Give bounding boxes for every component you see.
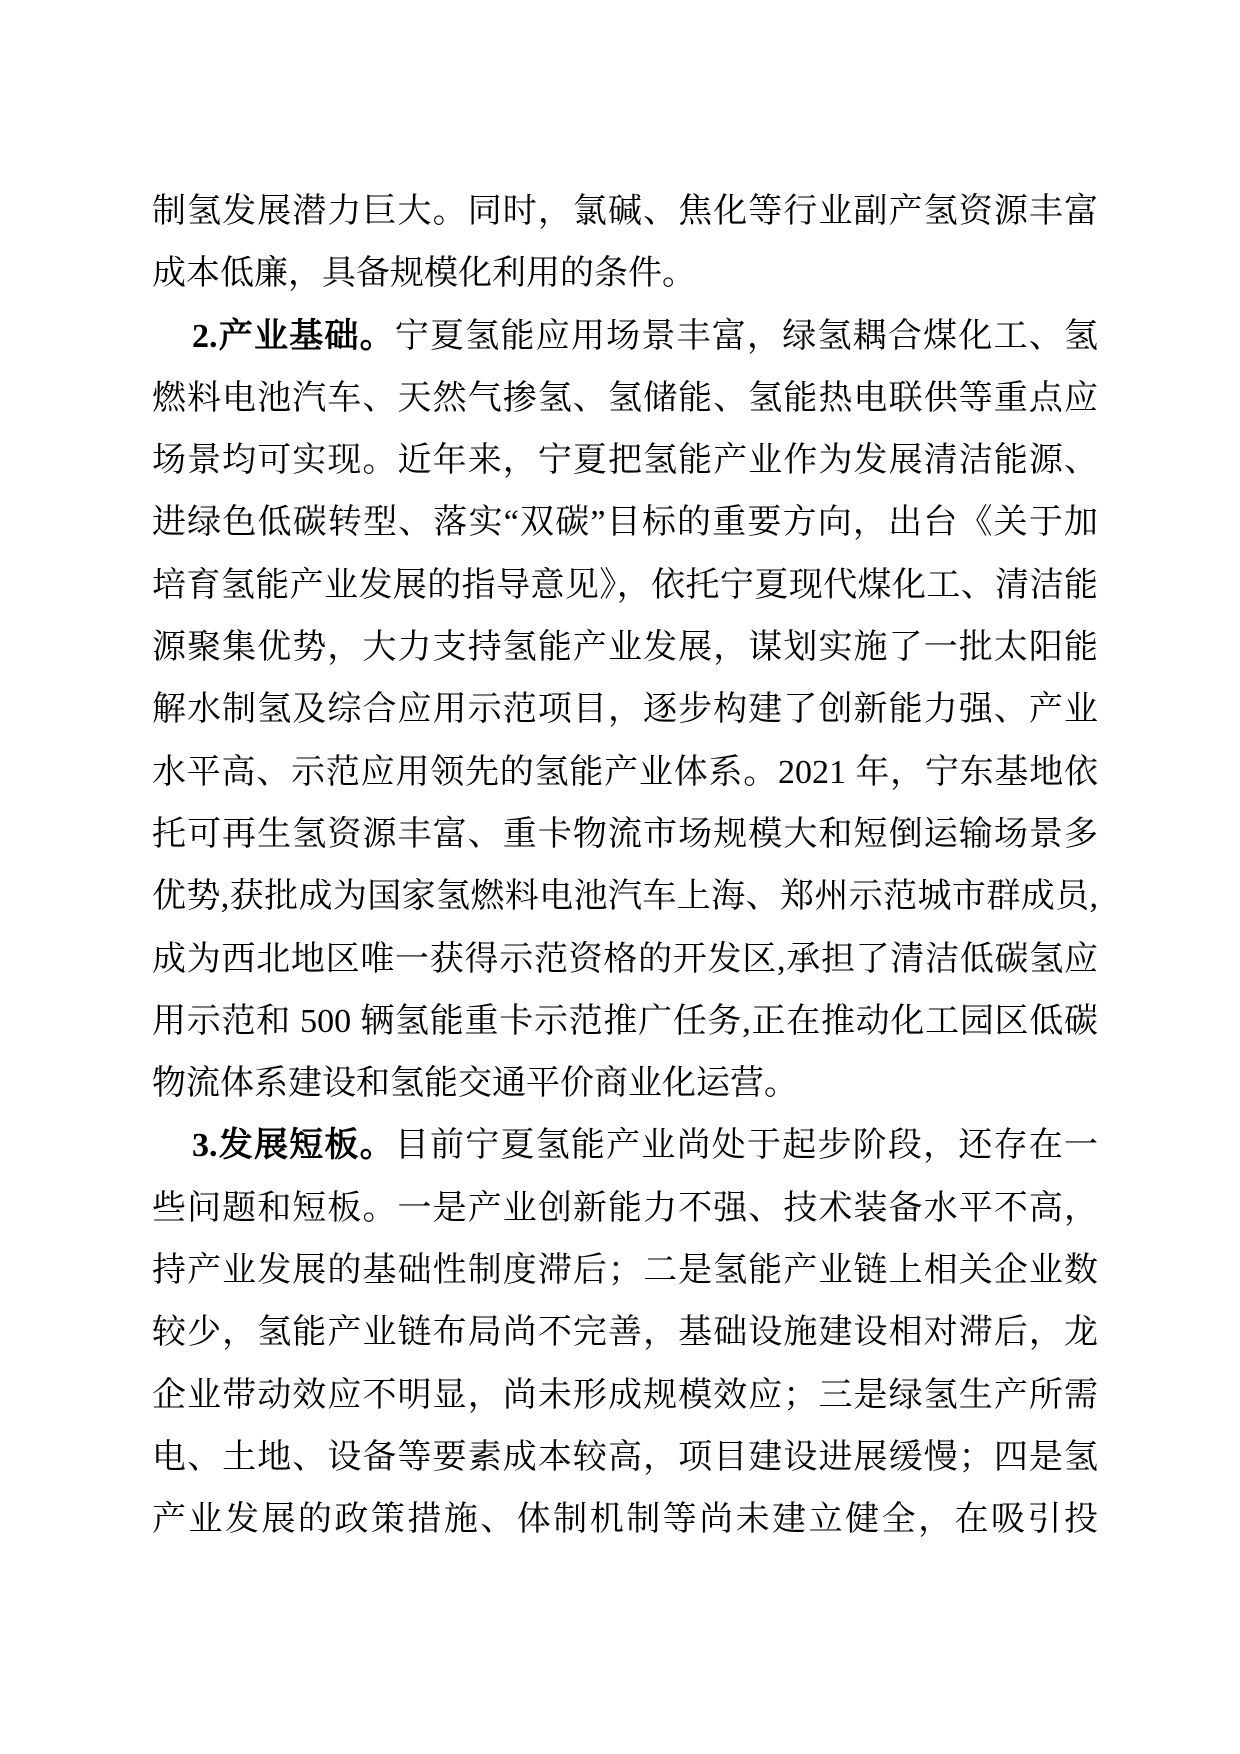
body-text-run: 托可再生氢资源丰富、重卡物流市场规模大和短倒运输场景多等 xyxy=(152,816,1098,866)
text-line: 进绿色低碳转型、落实“双碳”目标的重要方向，出台《关于加快 xyxy=(152,492,1098,554)
text-line: 电、土地、设备等要素成本较高，项目建设进展缓慢；四是氢能 xyxy=(152,1427,1098,1489)
text-line: 成为西北地区唯一获得示范资格的开发区,承担了清洁低碳氢应 xyxy=(152,929,1098,991)
text-line: 制氢发展潜力巨大。同时，氯碱、焦化等行业副产氢资源丰富且 xyxy=(152,181,1098,243)
text-line: 较少，氢能产业链布局尚不完善，基础设施建设相对滞后，龙头 xyxy=(152,1302,1098,1364)
para-hydrogen-byproduct-continuation: 制氢发展潜力巨大。同时，氯碱、焦化等行业副产氢资源丰富且成本低廉，具备规模化利用… xyxy=(152,181,1098,306)
text-line: 些问题和短板。一是产业创新能力不强、技术装备水平不高，支 xyxy=(152,1178,1098,1240)
body-text-run: 进绿色低碳转型、落实“双碳”目标的重要方向，出台《关于加快 xyxy=(152,504,1098,554)
body-text-run: 产业发展的政策措施、体制机制等尚未建立健全，在吸引投资、 xyxy=(152,1501,1098,1551)
text-line: 解水制氢及综合应用示范项目，逐步构建了创新能力强、产业化 xyxy=(152,679,1098,741)
body-text-run: 电、土地、设备等要素成本较高，项目建设进展缓慢；四是氢能 xyxy=(152,1439,1098,1489)
text-line: 2.产业基础。宁夏氢能应用场景丰富，绿氢耦合煤化工、氢 xyxy=(152,306,1098,368)
body-text-run: 水平高、示范应用领先的氢能产业体系。2021 年，宁东基地依 xyxy=(152,754,1098,791)
text-line: 优势,获批成为国家氢燃料电池汽车上海、郑州示范城市群成员, xyxy=(152,866,1098,928)
text-line: 场景均可实现。近年来，宁夏把氢能产业作为发展清洁能源、促 xyxy=(152,430,1098,492)
document-page: 制氢发展潜力巨大。同时，氯碱、焦化等行业副产氢资源丰富且成本低廉，具备规模化利用… xyxy=(0,0,1240,1754)
body-text-run: 较少，氢能产业链布局尚不完善，基础设施建设相对滞后，龙头 xyxy=(152,1314,1098,1364)
text-line: 3.发展短板。目前宁夏氢能产业尚处于起步阶段，还存在一 xyxy=(152,1115,1098,1177)
body-text-run: 持产业发展的基础性制度滞后；二是氢能产业链上相关企业数量 xyxy=(152,1252,1098,1302)
body-text-run: 培育氢能产业发展的指导意见》，依托宁夏现代煤化工、清洁能 xyxy=(152,567,1098,604)
text-line: 燃料电池汽车、天然气掺氢、氢储能、氢能热电联供等重点应用 xyxy=(152,368,1098,430)
text-line: 物流体系建设和氢能交通平价商业化运营。 xyxy=(152,1053,1098,1115)
body-text-run: 成为西北地区唯一获得示范资格的开发区,承担了清洁低碳氢应 xyxy=(152,941,1098,978)
para-2-industry-base: 2.产业基础。宁夏氢能应用场景丰富，绿氢耦合煤化工、氢燃料电池汽车、天然气掺氢、… xyxy=(152,306,1098,1116)
text-line: 企业带动效应不明显，尚未形成规模效应；三是绿氢生产所需绿 xyxy=(152,1365,1098,1427)
text-line: 水平高、示范应用领先的氢能产业体系。2021 年，宁东基地依 xyxy=(152,742,1098,804)
body-text-run: 些问题和短板。一是产业创新能力不强、技术装备水平不高，支 xyxy=(152,1190,1098,1240)
text-line: 托可再生氢资源丰富、重卡物流市场规模大和短倒运输场景多等 xyxy=(152,804,1098,866)
body-text-run: 目前宁夏氢能产业尚处于起步阶段，还存在一 xyxy=(395,1127,1098,1164)
body-text-run: 场景均可实现。近年来，宁夏把氢能产业作为发展清洁能源、促 xyxy=(152,442,1098,492)
body-text-run: 用示范和 500 辆氢能重卡示范推广任务,正在推动化工园区低碳 xyxy=(152,1003,1098,1040)
body-text-run: 物流体系建设和氢能交通平价商业化运营。 xyxy=(152,1065,798,1102)
text-line: 用示范和 500 辆氢能重卡示范推广任务,正在推动化工园区低碳 xyxy=(152,991,1098,1053)
body-text-run: 燃料电池汽车、天然气掺氢、氢储能、氢能热电联供等重点应用 xyxy=(152,380,1098,430)
body-text-run: 企业带动效应不明显，尚未形成规模效应；三是绿氢生产所需绿 xyxy=(152,1377,1098,1427)
body-text-run: 成本低廉，具备规模化利用的条件。 xyxy=(152,255,696,292)
para-3-development-shortcomings: 3.发展短板。目前宁夏氢能产业尚处于起步阶段，还存在一些问题和短板。一是产业创新… xyxy=(152,1115,1098,1551)
text-line: 培育氢能产业发展的指导意见》，依托宁夏现代煤化工、清洁能 xyxy=(152,555,1098,617)
paragraph-heading-run: 2.产业基础。 xyxy=(192,318,395,355)
text-line: 持产业发展的基础性制度滞后；二是氢能产业链上相关企业数量 xyxy=(152,1240,1098,1302)
body-text-run: 优势,获批成为国家氢燃料电池汽车上海、郑州示范城市群成员, xyxy=(152,878,1098,915)
body-text-run: 解水制氢及综合应用示范项目，逐步构建了创新能力强、产业化 xyxy=(152,691,1098,741)
body-text-run: 宁夏氢能应用场景丰富，绿氢耦合煤化工、氢 xyxy=(395,318,1098,355)
body-text-run: 源聚集优势，大力支持氢能产业发展，谋划实施了一批太阳能电 xyxy=(152,629,1098,679)
text-line: 产业发展的政策措施、体制机制等尚未建立健全，在吸引投资、 xyxy=(152,1489,1098,1551)
text-line: 源聚集优势，大力支持氢能产业发展，谋划实施了一批太阳能电 xyxy=(152,617,1098,679)
document-body: 制氢发展潜力巨大。同时，氯碱、焦化等行业副产氢资源丰富且成本低廉，具备规模化利用… xyxy=(152,181,1098,1552)
text-line: 成本低廉，具备规模化利用的条件。 xyxy=(152,243,1098,305)
body-text-run: 制氢发展潜力巨大。同时，氯碱、焦化等行业副产氢资源丰富且 xyxy=(152,193,1098,243)
paragraph-heading-run: 3.发展短板。 xyxy=(192,1127,395,1164)
